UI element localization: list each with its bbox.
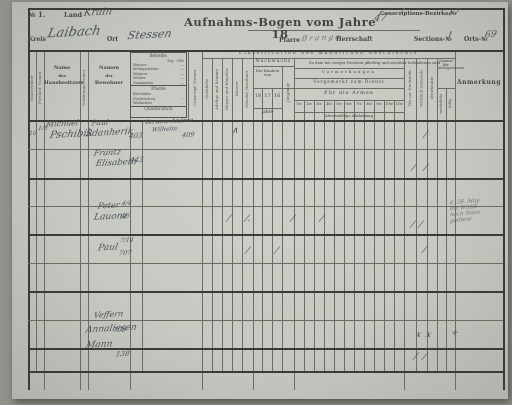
grid-line [294,88,404,89]
grid-line [28,291,503,293]
entry-resident3-fraction: 4/4 [121,200,132,207]
form-number: № 1. [28,11,45,18]
ort-label: Ort [107,37,118,43]
entry-resident2-firstname: Frantz [93,147,122,157]
behelfe-box: Behelfe: Zug CRD Häuser—Wohnparteien—Män… [130,52,187,118]
pferde-rows: Beschäler. .Zuchtstuten. .Wallachen. . [131,92,186,105]
conscription-district-label: Conscriptions-Bezirks-№ [380,12,456,18]
rotated-class-column: Bauern [232,60,242,118]
pferde-row-dots: . . [181,101,184,105]
klasse-cell: 8te [364,103,374,107]
weiber-box-label: Summe der Weibspersonen [437,60,455,71]
nachwuchs-label: Nachwuchs [253,60,294,65]
column-fortlaufende-numer: Fortlauf. Numer [36,58,44,118]
rotated-class-column: Adelige und Beamte [212,60,222,118]
entry-resident3-number: 46 [120,212,130,220]
column-wohnungs-numer: Wohnungs-Numer [80,58,88,118]
entry-resident5-firstname: Veffern [93,309,124,320]
vormerkungen-label: Vormerkungen [294,70,404,74]
column-juenglinge: Jünglinge [282,66,294,118]
bewohner-line1: Namen [88,66,130,71]
grid-line [88,50,89,390]
knaben-ages: 181716 [253,94,282,99]
klasse-cell: 10te [384,103,394,107]
ort-value-handwriting: Stessen [126,27,172,42]
vorgemerkt-label: Vorgemerkt zum Dienst [294,80,404,84]
pferde-row-label: Wallachen [133,101,152,105]
klasse-cell: 9te [374,103,384,107]
klasse-cell: 5te [334,103,344,107]
jahre-label: Jahre [253,111,282,116]
column-wirklich-dienende: Wirklich Dienende [416,58,427,118]
classification-banner: Classification des männlichen Geschlecht… [202,52,455,57]
pferde-title: Pferde [131,85,186,92]
anmerkung-label: Anmerkung [455,80,503,86]
grid-line [294,100,404,101]
grid-line [28,320,503,321]
rotated-class-column: Geistliche [202,60,212,118]
entry-resident5-number: 709 [112,326,127,335]
entry-resident2-number: 443 [129,156,144,165]
grid-line [253,108,282,109]
grid-line [446,88,447,371]
entry-resident1-firstname: Paul [91,118,109,128]
entry-note-line2: Wilhelm [151,125,178,133]
abtheilung-label: Altersmäßige Abtheilung [294,114,404,118]
hausbesitzer-line3: Hausbesitzers [44,81,80,86]
column-bewohner: Namen der Bewohner [88,66,130,87]
grid-line [28,234,503,236]
qualification-label: Qualification [131,106,186,113]
year-handwriting: 47 [373,13,388,25]
entry-resident4-number: 707 [118,249,132,258]
klasse-cell: 1te [294,103,304,107]
entry-owner-firstname: Michael [45,118,80,129]
kreis-value-handwriting: Laibach [46,24,102,42]
entry-resident6-number: 138 [115,350,130,359]
entry-resident1-number: 403 [128,132,143,141]
rotated-class-column: Bürger und Künstler [222,60,232,118]
behelfe-rows: Häuser—Wohnparteien—Männer—Weiber—Zusamm… [131,63,186,85]
grid-line [44,50,45,390]
conscription-no-handwriting: 17 [447,8,461,19]
grid-line [28,371,503,373]
pfarre-label: Pfarre [279,38,300,44]
kreis-label: Kreis [28,37,46,43]
land-label: Land [64,12,82,19]
bewohner-line3: Bewohner [88,81,130,86]
age-cell: 16 [272,94,282,99]
klasse-cell: 3te [314,103,324,107]
age-cell: 17 [263,94,273,99]
entry-resident4-fraction: 7/14 [119,237,134,245]
grid-line [262,88,263,371]
grid-line [503,8,505,390]
hausbesitzer-line1: Name [44,66,80,71]
grid-line [272,88,273,371]
entry-note-number: 409 [181,131,195,140]
column-verehelicht: verehelicht [437,88,446,120]
klasse-cell: 6te [344,103,354,107]
hausbesitzer-line2: des [44,74,80,78]
grid-line [28,263,503,264]
grid-line [253,50,254,390]
column-haus-numer: Haus-Numer [28,58,36,118]
column-conscriptions-numer: Conscript.-Numer [188,58,202,118]
column-hausbesitzer: Name des Hausbesitzers [44,66,80,87]
klasse-cell: 4te [324,103,334,107]
armee-label: Für die Armee [294,91,404,96]
bewohner-line2: der [88,74,130,78]
entry-haus-no: 10 [28,130,37,137]
entry-resident6-firstname: Mann [85,339,113,350]
age-cell: 18 [253,94,263,99]
entry-resident3-firstname: Peter [97,200,121,210]
klasse-cell: 11te [394,103,404,107]
pencil-note: d. 28. Maydie Wittibnach Steingedient [450,198,481,223]
armee-klassen: 1te2te3te4te5te6te7te8te9te10te11te [294,103,404,107]
column-beurlaubte: Beurlaubte [427,58,437,118]
behelfe-row-value: — [180,81,184,85]
column-nachsicht: Bis zur Nachsicht [404,58,416,118]
orts-value-handwriting: 69 [484,30,498,41]
land-value-handwriting: Krain [83,6,113,18]
knaben-label: Die Knaben von [254,69,281,77]
klasse-cell: 7te [354,103,364,107]
column-ledig: ledig [446,88,455,120]
grid-line [294,58,295,390]
behelfe-col1: Zug [167,59,173,63]
rotated-class-column: Häusler, Inwohner [242,60,252,118]
entry-resident4-firstname: Paul [97,242,119,253]
grid-line [28,178,503,180]
scanned-census-form: № 1. Land Krain Aufnahms-Bogen vom Jahre… [0,0,512,405]
behelfe-row-label: Zusammen [133,81,153,85]
klasse-cell: 2te [304,103,314,107]
